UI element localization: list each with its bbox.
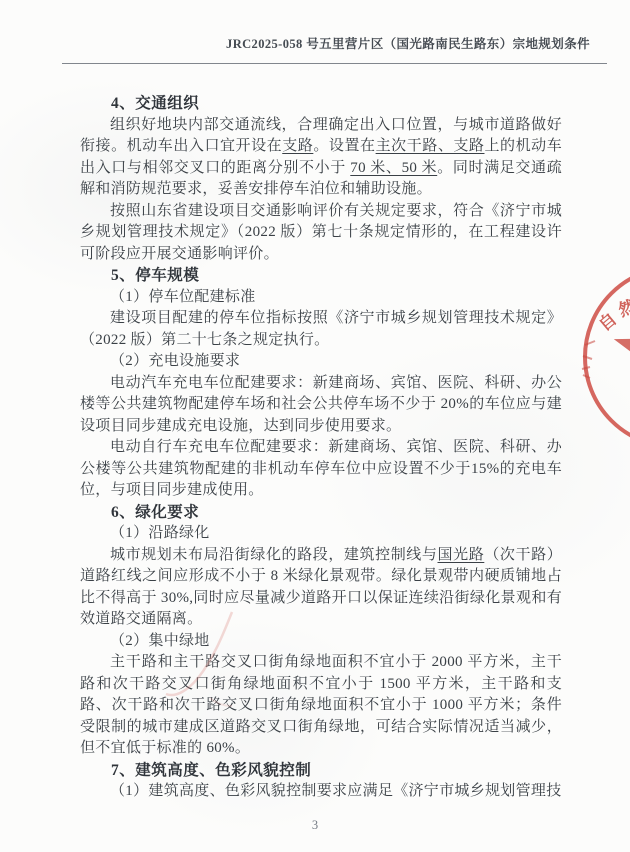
underlined-text: 支路	[282, 138, 313, 154]
page-header-title: JRC2025-058 号五里营片区（国光路南民生路东）宗地规划条件	[226, 34, 590, 52]
seal-ring	[585, 267, 630, 447]
sub-heading: （1）停车位配建标准	[80, 287, 562, 309]
sub-heading: （1）沿路绿化	[80, 523, 562, 545]
section-heading: 5、停车规模	[80, 265, 562, 287]
sub-heading: （2）集中绿地	[80, 631, 562, 653]
text-segment: 建设项目配建的停车位指标按照《济宁市城乡规划管理技术规定》（2022 版）第二十…	[80, 310, 562, 348]
seal-star	[614, 299, 630, 404]
text-segment: 城市规划未布局沿街绿化的路段，建筑控制线与	[110, 547, 438, 563]
paragraph: 城市规划未布局沿街绿化的路段，建筑控制线与国光路（次干路）道路红线之间应形成不小…	[80, 545, 562, 631]
paragraph: 电动汽车充电车位配建要求：新建商场、宾馆、医院、科研、办公楼等公共建筑物配建停车…	[80, 373, 562, 438]
section-heading: 4、交通组织	[80, 93, 562, 115]
underlined-text: 主次干路、支路	[376, 138, 485, 154]
seal-text-fragments	[582, 341, 595, 378]
underlined-text: 70 米、50 米	[350, 160, 437, 176]
sub-heading: （1）建筑高度、色彩风貌控制要求应满足《济宁市城乡规划管理技	[80, 781, 562, 803]
paragraph: 建设项目配建的停车位指标按照《济宁市城乡规划管理技术规定》（2022 版）第二十…	[80, 308, 562, 351]
document-page: JRC2025-058 号五里营片区（国光路南民生路东）宗地规划条件 4、交通组…	[0, 0, 630, 852]
section-heading: 7、建筑高度、色彩风貌控制	[80, 760, 562, 782]
sub-heading: （2）充电设施要求	[80, 351, 562, 373]
underlined-text: 国光路	[438, 547, 485, 563]
text-segment: 按照山东省建设项目交通影响评价有关规定要求，符合《济宁市城乡规划管理技术规定》（…	[80, 203, 562, 262]
header-rule	[62, 63, 607, 64]
page-number: 3	[0, 818, 630, 833]
seal-arc-character: 自	[592, 305, 621, 335]
section-heading: 6、绿化要求	[80, 502, 562, 524]
document-body: 4、交通组织组织好地块内部交通流线，合理确定出入口位置，与城市道路做好衔接。机动…	[80, 93, 562, 803]
text-segment: 电动自行车充电车位配建要求：新建商场、宾馆、医院、科研、办公楼等公共建筑物配建的…	[80, 439, 562, 498]
official-seal-stamp	[555, 255, 630, 465]
text-segment: 主干路和主干路交叉口街角绿地面积不宜小于 2000 平方米，主干路和次干路交叉口…	[80, 654, 562, 756]
text-segment: 。设置在	[313, 138, 375, 154]
paragraph: 组织好地块内部交通流线，合理确定出入口位置，与城市道路做好衔接。机动车出入口宜开…	[80, 115, 562, 201]
seal-arc-character: 然	[614, 292, 630, 322]
text-segment: 电动汽车充电车位配建要求：新建商场、宾馆、医院、科研、办公楼等公共建筑物配建停车…	[80, 375, 562, 434]
paragraph: 主干路和主干路交叉口街角绿地面积不宜小于 2000 平方米，主干路和次干路交叉口…	[80, 652, 562, 760]
paragraph: 按照山东省建设项目交通影响评价有关规定要求，符合《济宁市城乡规划管理技术规定》（…	[80, 201, 562, 266]
paragraph: 电动自行车充电车位配建要求：新建商场、宾馆、医院、科研、办公楼等公共建筑物配建的…	[80, 437, 562, 502]
